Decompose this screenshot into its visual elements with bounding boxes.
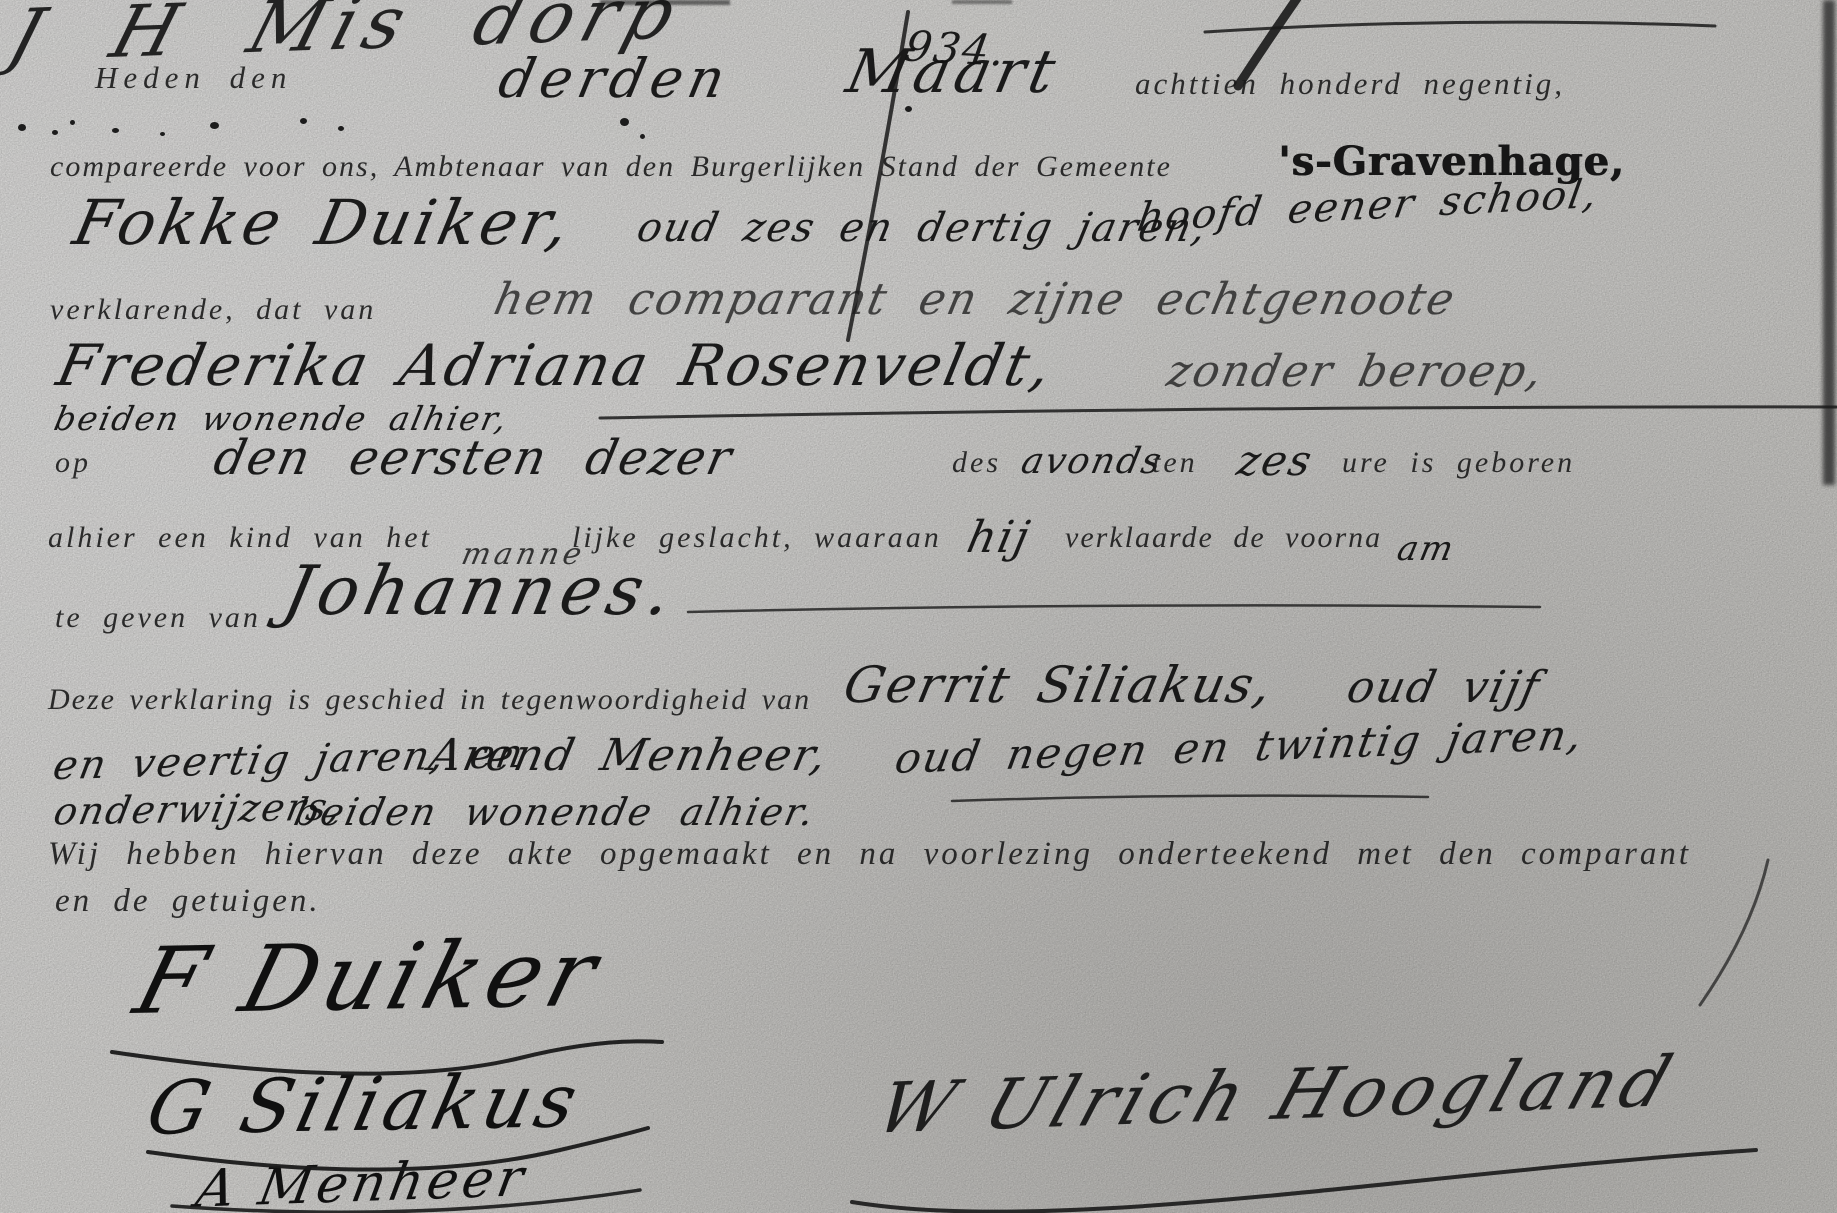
field-day: derden: [494, 52, 735, 106]
field-mother-name: Frederika Adriana Rosenveldt,: [52, 338, 1059, 395]
label-verklaarde-voornaam: verklaarde de voorna: [1065, 523, 1382, 553]
scan-edge-mark-top2: [952, 0, 1012, 4]
label-witness-intro: Deze verklaring is geschied in tegenwoor…: [48, 685, 811, 715]
ink-speck: [338, 126, 344, 131]
ink-speck: [620, 118, 629, 126]
field-hij: hij: [963, 516, 1034, 560]
field-month: Maart: [842, 42, 1066, 102]
ink-speck: [300, 118, 307, 124]
pen-tail-stroke: [1700, 860, 1768, 1005]
label-verklarende: verklarende, dat van: [50, 295, 376, 325]
signature-witness1: G Siliakus: [141, 1064, 589, 1145]
ink-rule-3: [952, 796, 1428, 801]
field-witness1-age-part1: oud vijf: [1343, 666, 1544, 710]
field-witness2-age: oud negen en twintig jaren,: [892, 714, 1587, 780]
ink-rule-top: [1205, 22, 1715, 32]
field-witness-residence: beiden wonende alhier.: [291, 793, 819, 831]
label-ure-is-geboren: ure is geboren: [1342, 448, 1575, 478]
field-declarant-age: oud zes en dertig jaren,: [634, 208, 1212, 248]
signature-declarant: F Duiker: [127, 928, 612, 1028]
label-te-geven-van: te geven van: [55, 603, 261, 633]
label-year: achttien honderd negentig,: [1135, 68, 1565, 99]
label-compareerde: compareerde voor ons, Ambtenaar van den …: [50, 152, 1172, 182]
label-heden-den: Heden den: [95, 62, 292, 93]
ink-speck: [18, 124, 26, 131]
label-alhier-een-kind: alhier een kind van het: [48, 523, 432, 553]
field-declaration-relation: hem comparant en zijne echtgenoote: [490, 278, 1460, 322]
signature-witness2: A Menheer: [192, 1152, 531, 1213]
ink-speck: [112, 128, 119, 133]
ink-rule-1: [600, 407, 1836, 418]
field-witness1-name: Gerrit Siliakus,: [840, 660, 1278, 710]
ink-speck: [52, 130, 58, 135]
birth-certificate-scan: J H Mis dorp 934. Heden den derden Maart…: [0, 0, 1837, 1213]
signature-official: W Ulrich Hoogland: [869, 1046, 1686, 1143]
ink-speck: [905, 106, 912, 112]
scan-edge-shadow: [1823, 0, 1835, 485]
field-declarant-name: Fokke Duiker,: [68, 192, 578, 254]
label-op: op: [55, 448, 91, 478]
ink-rule-2: [688, 605, 1540, 612]
field-declarant-occupation: hoofd eener school,: [1135, 174, 1602, 238]
field-child-name: Johannes.: [278, 558, 683, 626]
ink-speck: [640, 134, 645, 139]
label-closing2: en de getuigen.: [55, 885, 321, 918]
field-witness2-name: Arend Menheer,: [425, 734, 832, 778]
label-ten: ten: [1152, 448, 1198, 478]
field-birth-daypart: avonds: [1018, 444, 1166, 480]
label-closing: Wij hebben hiervan deze akte opgemaakt e…: [48, 838, 1691, 871]
ink-speck: [210, 122, 219, 129]
field-birth-hour: zes: [1234, 440, 1317, 482]
label-des: des: [952, 448, 1001, 478]
ink-speck: [70, 120, 75, 125]
field-birth-date: den eersten dezer: [210, 434, 738, 482]
ink-speck: [160, 132, 165, 136]
field-mother-occupation: zonder beroep,: [1163, 350, 1548, 394]
signature-flourish-official: [852, 1150, 1756, 1212]
label-geslacht-waaraan: lijke geslacht, waaraan: [572, 523, 942, 553]
field-voornaam-suffix: am: [1394, 532, 1458, 566]
